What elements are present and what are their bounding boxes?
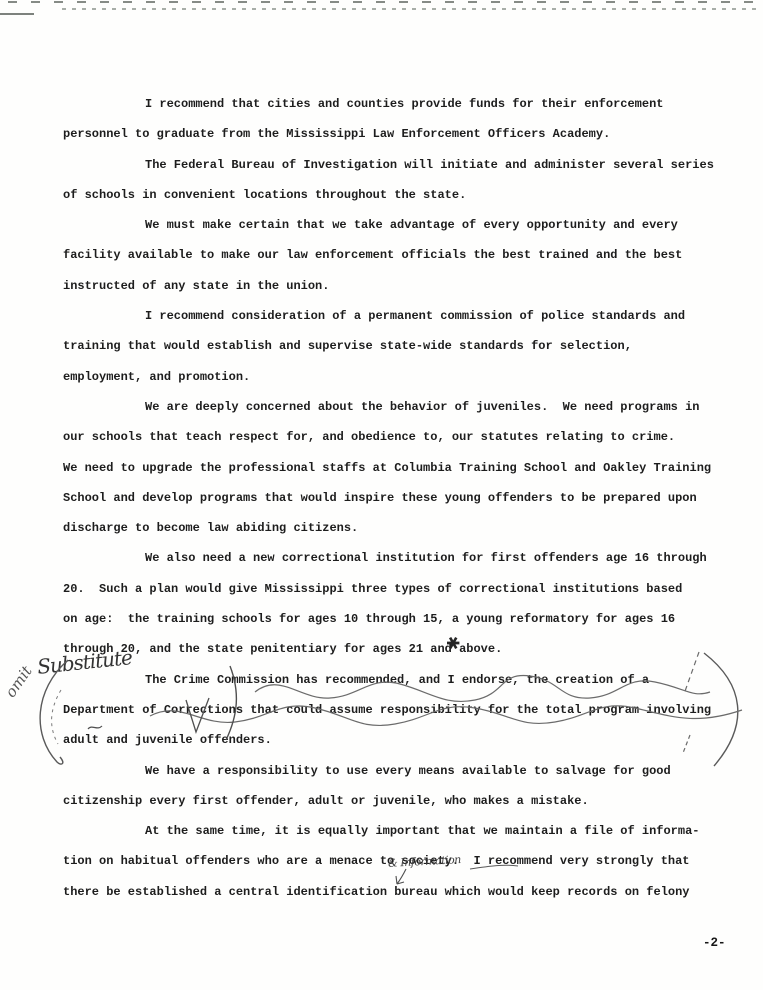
typed-line: We also need a new correctional institut… xyxy=(63,543,723,573)
typed-line: training that would establish and superv… xyxy=(63,331,723,361)
scanned-document-page: I recommend that cities and counties pro… xyxy=(0,0,763,990)
typed-line: I recommend that cities and counties pro… xyxy=(63,89,723,119)
typed-line: there be established a central identific… xyxy=(63,877,723,907)
page-number: -2- xyxy=(703,936,726,950)
typed-line: through 20, and the state penitentiary f… xyxy=(63,634,723,664)
typed-line: The Federal Bureau of Investigation will… xyxy=(63,150,723,180)
typed-line: discharge to become law abiding citizens… xyxy=(63,513,723,543)
typed-line: our schools that teach respect for, and … xyxy=(63,422,723,452)
typed-line: At the same time, it is equally importan… xyxy=(63,816,723,846)
typed-line: School and develop programs that would i… xyxy=(63,483,723,513)
typed-line: 20. Such a plan would give Mississippi t… xyxy=(63,574,723,604)
typed-line: employment, and promotion. xyxy=(63,362,723,392)
scan-edge-artifact xyxy=(0,13,34,15)
typed-text: I recommend that cities and counties pro… xyxy=(63,89,723,907)
typed-line: We need to upgrade the professional staf… xyxy=(63,453,723,483)
typed-line: The Crime Commission has recommended, an… xyxy=(63,665,723,695)
typed-line: citizenship every first offender, adult … xyxy=(63,786,723,816)
scan-edge-artifact xyxy=(8,1,761,3)
typed-line: We must make certain that we take advant… xyxy=(63,210,723,240)
typed-line: We have a responsibility to use every me… xyxy=(63,756,723,786)
typed-line: We are deeply concerned about the behavi… xyxy=(63,392,723,422)
typed-line: personnel to graduate from the Mississip… xyxy=(63,119,723,149)
left-bracket-inner-sketch xyxy=(52,690,61,744)
handwritten-asterisk-mark: ✱ xyxy=(442,636,462,650)
scan-edge-artifact xyxy=(62,8,759,10)
typed-line: adult and juvenile offenders. xyxy=(63,725,723,755)
typed-line: Department of Corrections that could ass… xyxy=(63,695,723,725)
typed-line: I recommend consideration of a permanent… xyxy=(63,301,723,331)
typed-line: on age: the training schools for ages 10… xyxy=(63,604,723,634)
typed-line: instructed of any state in the union. xyxy=(63,271,723,301)
typed-line: of schools in convenient locations throu… xyxy=(63,180,723,210)
typed-line: facility available to make our law enfor… xyxy=(63,240,723,270)
